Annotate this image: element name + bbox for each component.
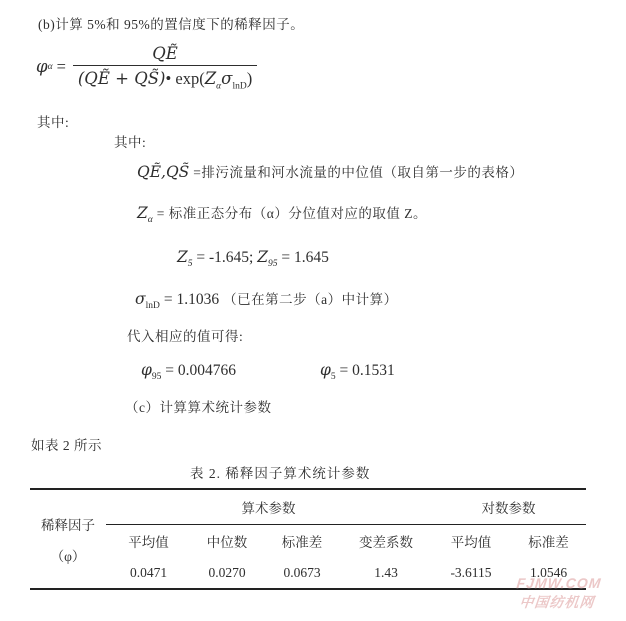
where-label-2: 其中: bbox=[114, 131, 146, 151]
column-header-stddev: 标准差 bbox=[263, 531, 341, 551]
equals-sign: = bbox=[57, 57, 66, 77]
group-header-logarithmic: 对数参数 bbox=[431, 497, 586, 517]
watermark-site-name: 中国纺机网 bbox=[489, 593, 625, 612]
where-label-1: 其中: bbox=[37, 111, 69, 131]
definition-z-alpha: Zα = 标准正态分布（α）分位值对应的取值 Z。 bbox=[137, 202, 427, 223]
column-header-cv: 变差系数 bbox=[341, 531, 431, 551]
fraction-numerator: QẼ bbox=[150, 44, 180, 65]
table-title: 表 2. 稀释因子算术统计参数 bbox=[190, 462, 370, 482]
dilution-factor-formula: φα = QẼ (QẼ + QS̃)• exp(ZασlnD) bbox=[36, 44, 257, 89]
site-watermark: FJMW.COM 中国纺机网 bbox=[489, 574, 626, 612]
substitute-line: 代入相应的值可得: bbox=[127, 325, 243, 345]
column-header-log-stddev: 标准差 bbox=[511, 531, 586, 551]
section-heading: (b)计算 5%和 95%的置信度下的稀释因子。 bbox=[38, 13, 304, 33]
table-label-cell: 稀释因子 （φ） bbox=[30, 490, 106, 588]
table-label-line2: （φ） bbox=[51, 545, 86, 565]
column-header-median: 中位数 bbox=[191, 531, 263, 551]
definition-flow-medians: QẼ,QS̃ =排污流量和河水流量的中位值（取自第一步的表格） bbox=[137, 161, 523, 182]
table-value-mean: 0.0471 bbox=[106, 565, 191, 581]
watermark-domain: FJMW.COM bbox=[491, 574, 626, 593]
table-column-header-row: 平均值 中位数 标准差 变差系数 平均值 标准差 bbox=[106, 525, 586, 558]
fraction: QẼ (QẼ + QS̃)• exp(ZασlnD) bbox=[73, 44, 257, 89]
phi-95-result: φ95 = 0.004766 bbox=[141, 361, 236, 380]
fraction-denominator: (QẼ + QS̃)• exp(ZασlnD) bbox=[73, 65, 257, 89]
table-group-header-row: 算术参数 对数参数 bbox=[106, 490, 586, 525]
z-values-line: Z5 = -1.645; Z95 = 1.645 bbox=[177, 248, 329, 267]
column-header-log-mean: 平均值 bbox=[431, 531, 511, 551]
document-page: { "document": { "heading": "(b)计算 5%和 95… bbox=[0, 0, 626, 621]
column-header-mean: 平均值 bbox=[106, 531, 191, 551]
table-value-median: 0.0270 bbox=[191, 565, 263, 581]
phi-5-result: φ5 = 0.1531 bbox=[320, 361, 395, 380]
table-reference: 如表 2 所示 bbox=[31, 434, 102, 454]
table-value-stddev: 0.0673 bbox=[263, 565, 341, 581]
group-header-arithmetic: 算术参数 bbox=[106, 497, 431, 517]
table-label-line1: 稀释因子 bbox=[41, 514, 95, 534]
phi-symbol: φ bbox=[36, 57, 48, 76]
sigma-lnd-line: σlnD = 1.1036 （已在第二步（a）中计算） bbox=[135, 288, 398, 309]
step-c-heading: （c）计算算术统计参数 bbox=[125, 396, 272, 416]
table-value-cv: 1.43 bbox=[341, 565, 431, 581]
